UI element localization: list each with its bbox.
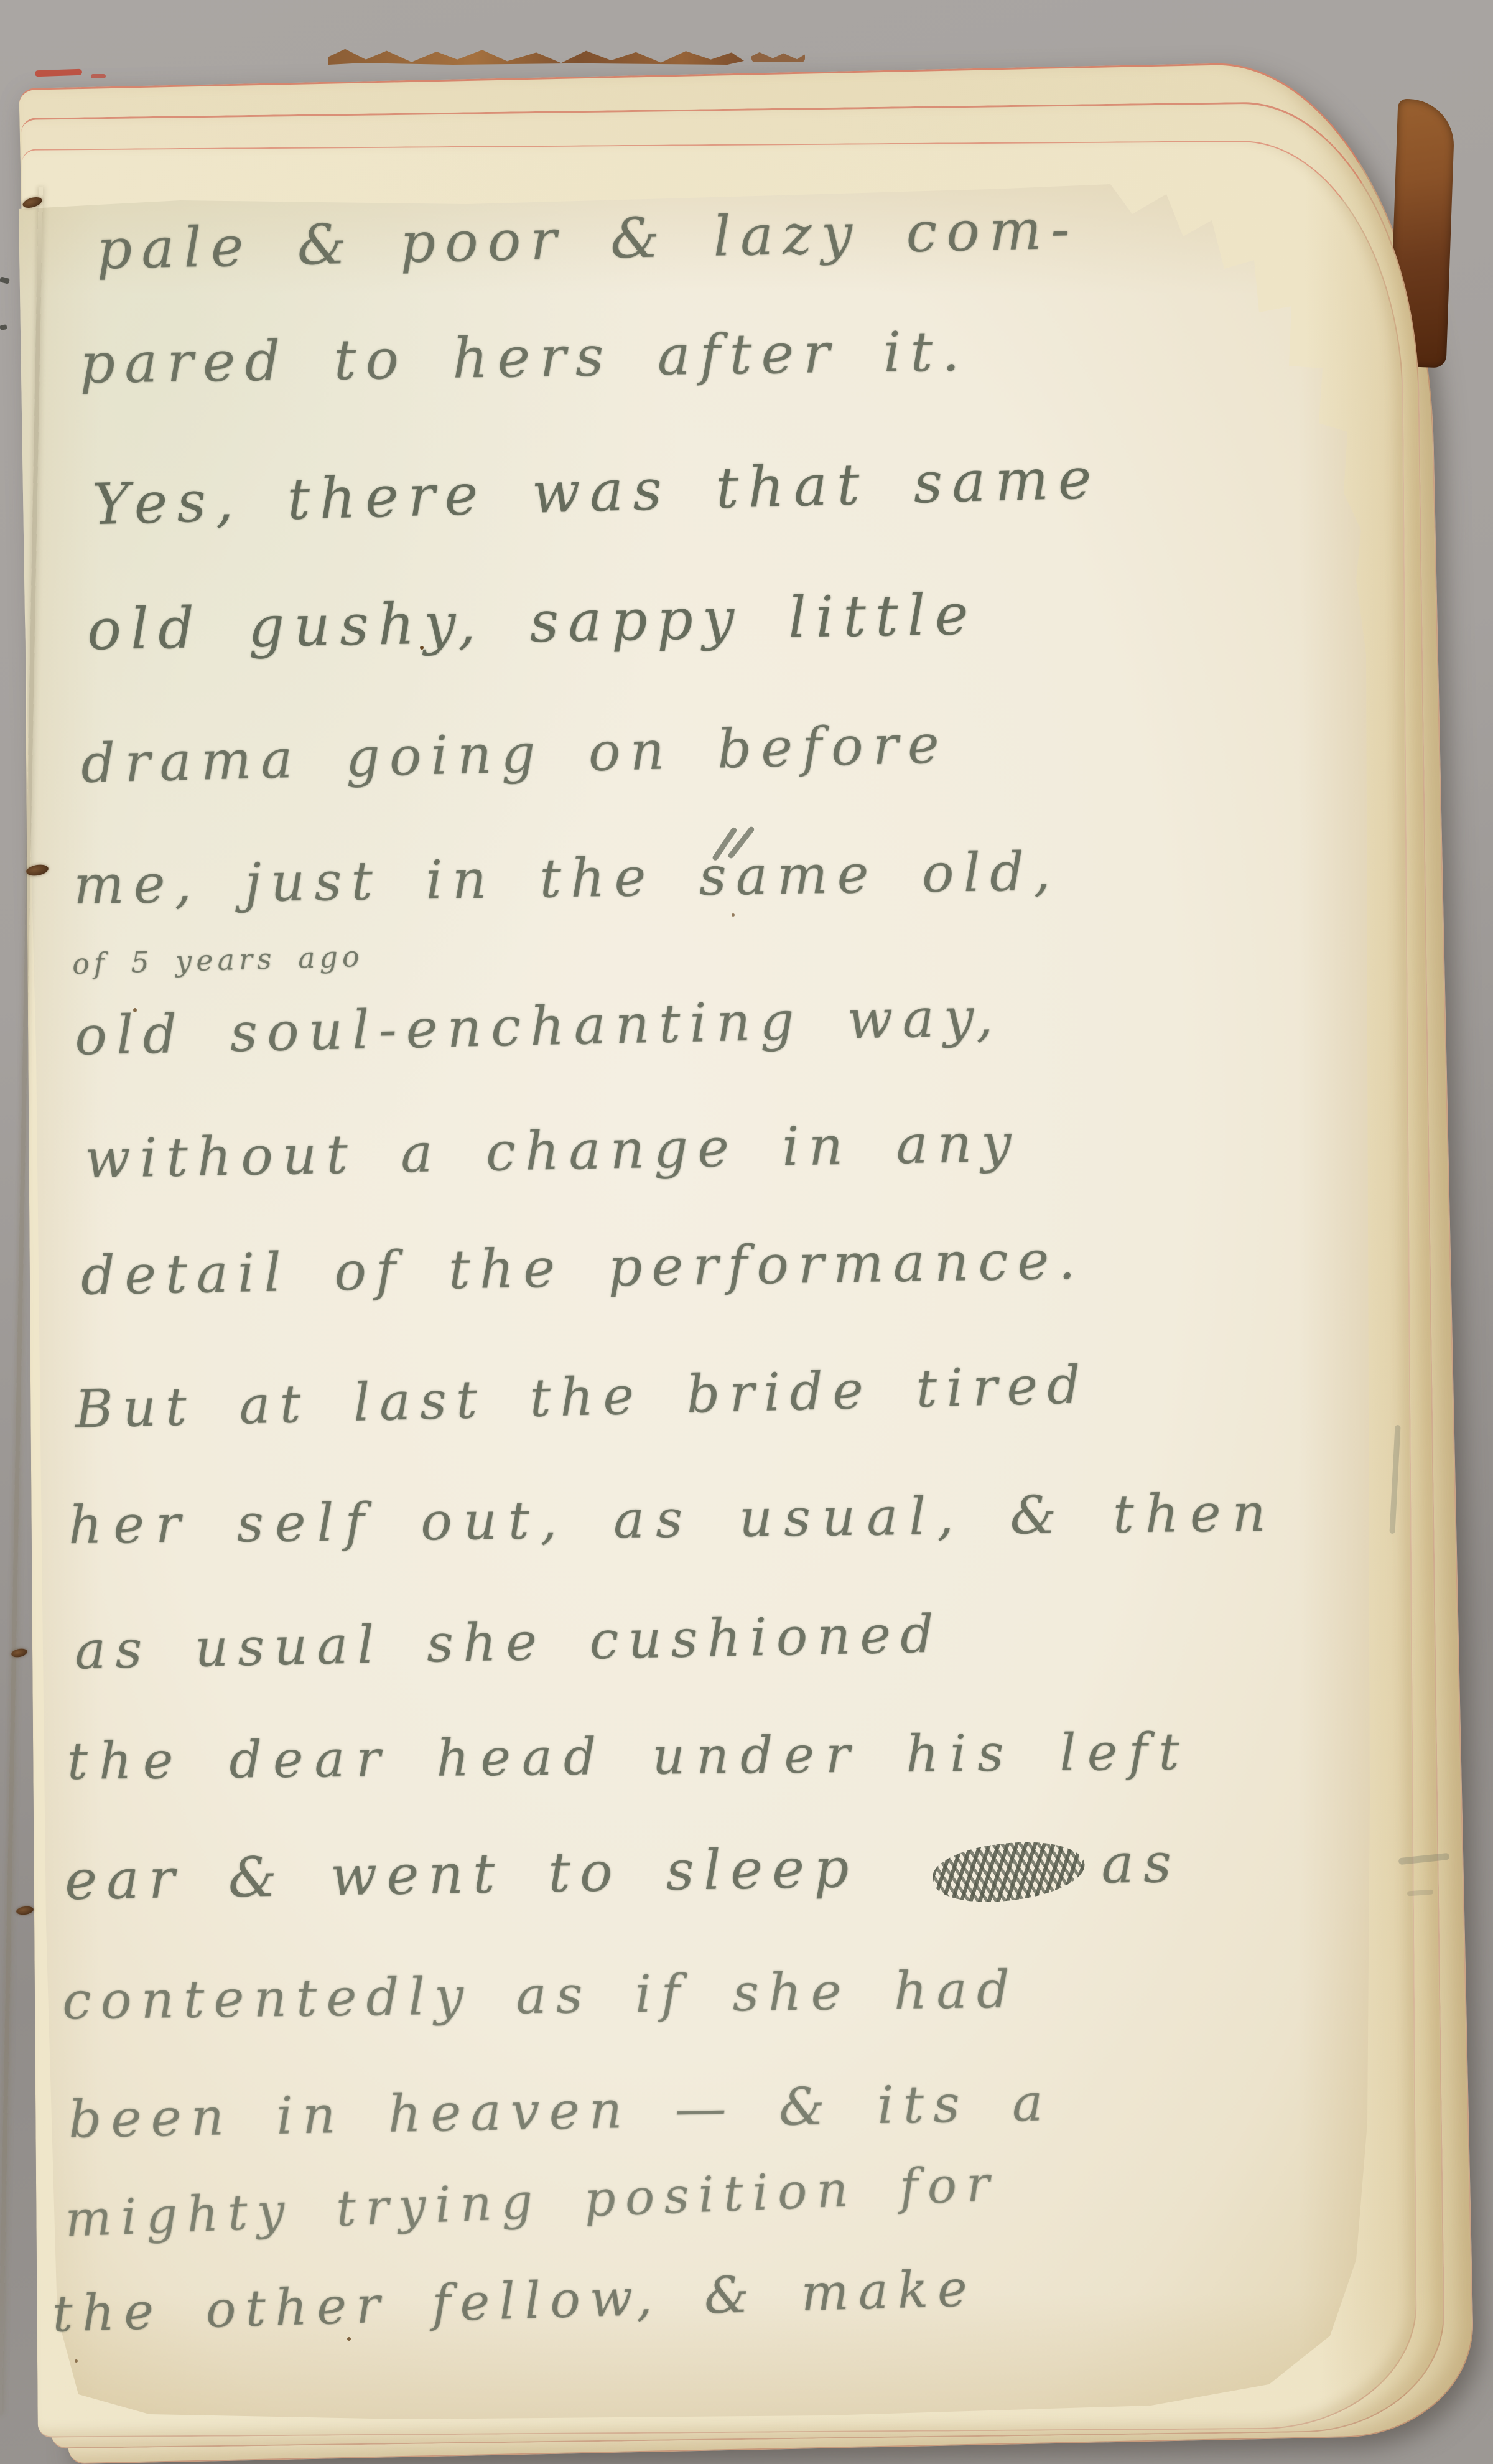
handwriting-line-15: contentedly as if she had xyxy=(62,1959,1019,2032)
handwriting-line-9: detail of the performance. xyxy=(80,1229,1085,1307)
handwriting-line-17: mighty trying position for xyxy=(64,2155,1000,2248)
handwriting-line-6: me, just in the same old, xyxy=(73,841,1060,917)
handwriting-line-10: But at last the bride tired xyxy=(74,1354,1091,1440)
notebook-scan: pale & poor & lazy com- pared to hers af… xyxy=(0,0,1493,2464)
handwriting-line-14: ear & went to sleepas xyxy=(64,1831,1181,1915)
handwriting-line-18: the other fellow, & make xyxy=(52,2259,977,2343)
insertion-caret xyxy=(711,817,763,875)
handwriting-line-12: as usual she cushioned xyxy=(74,1603,943,1681)
handwriting-line-11: her self out, as usual, & then xyxy=(68,1482,1278,1556)
handwriting-line-7: old soul-enchanting way, xyxy=(74,986,1003,1067)
handwriting-line-3: Yes, there was that same xyxy=(91,446,1102,538)
handwriting-line-4: old gushy, sappy little xyxy=(86,582,978,663)
handwriting-line-1: pale & poor & lazy com- xyxy=(96,196,1079,281)
handwriting-layer: pale & poor & lazy com- pared to hers af… xyxy=(0,0,1493,2464)
handwriting-line-14-tail: as xyxy=(1100,1831,1181,1896)
handwriting-line-16: been in heaven — & its a xyxy=(68,2072,1053,2150)
handwriting-line-5: drama going on before xyxy=(80,713,949,795)
handwriting-line-8: without a change in any xyxy=(84,1112,1021,1190)
scribbled-out-word xyxy=(930,1834,1088,1910)
handwriting-line-2: pared to hers after it. xyxy=(79,319,969,396)
handwriting-line-14-text: ear & went to sleep xyxy=(64,1836,858,1912)
handwriting-line-13: the dear head under his left xyxy=(67,1722,1191,1791)
interline-note: of 5 years ago xyxy=(72,940,364,981)
